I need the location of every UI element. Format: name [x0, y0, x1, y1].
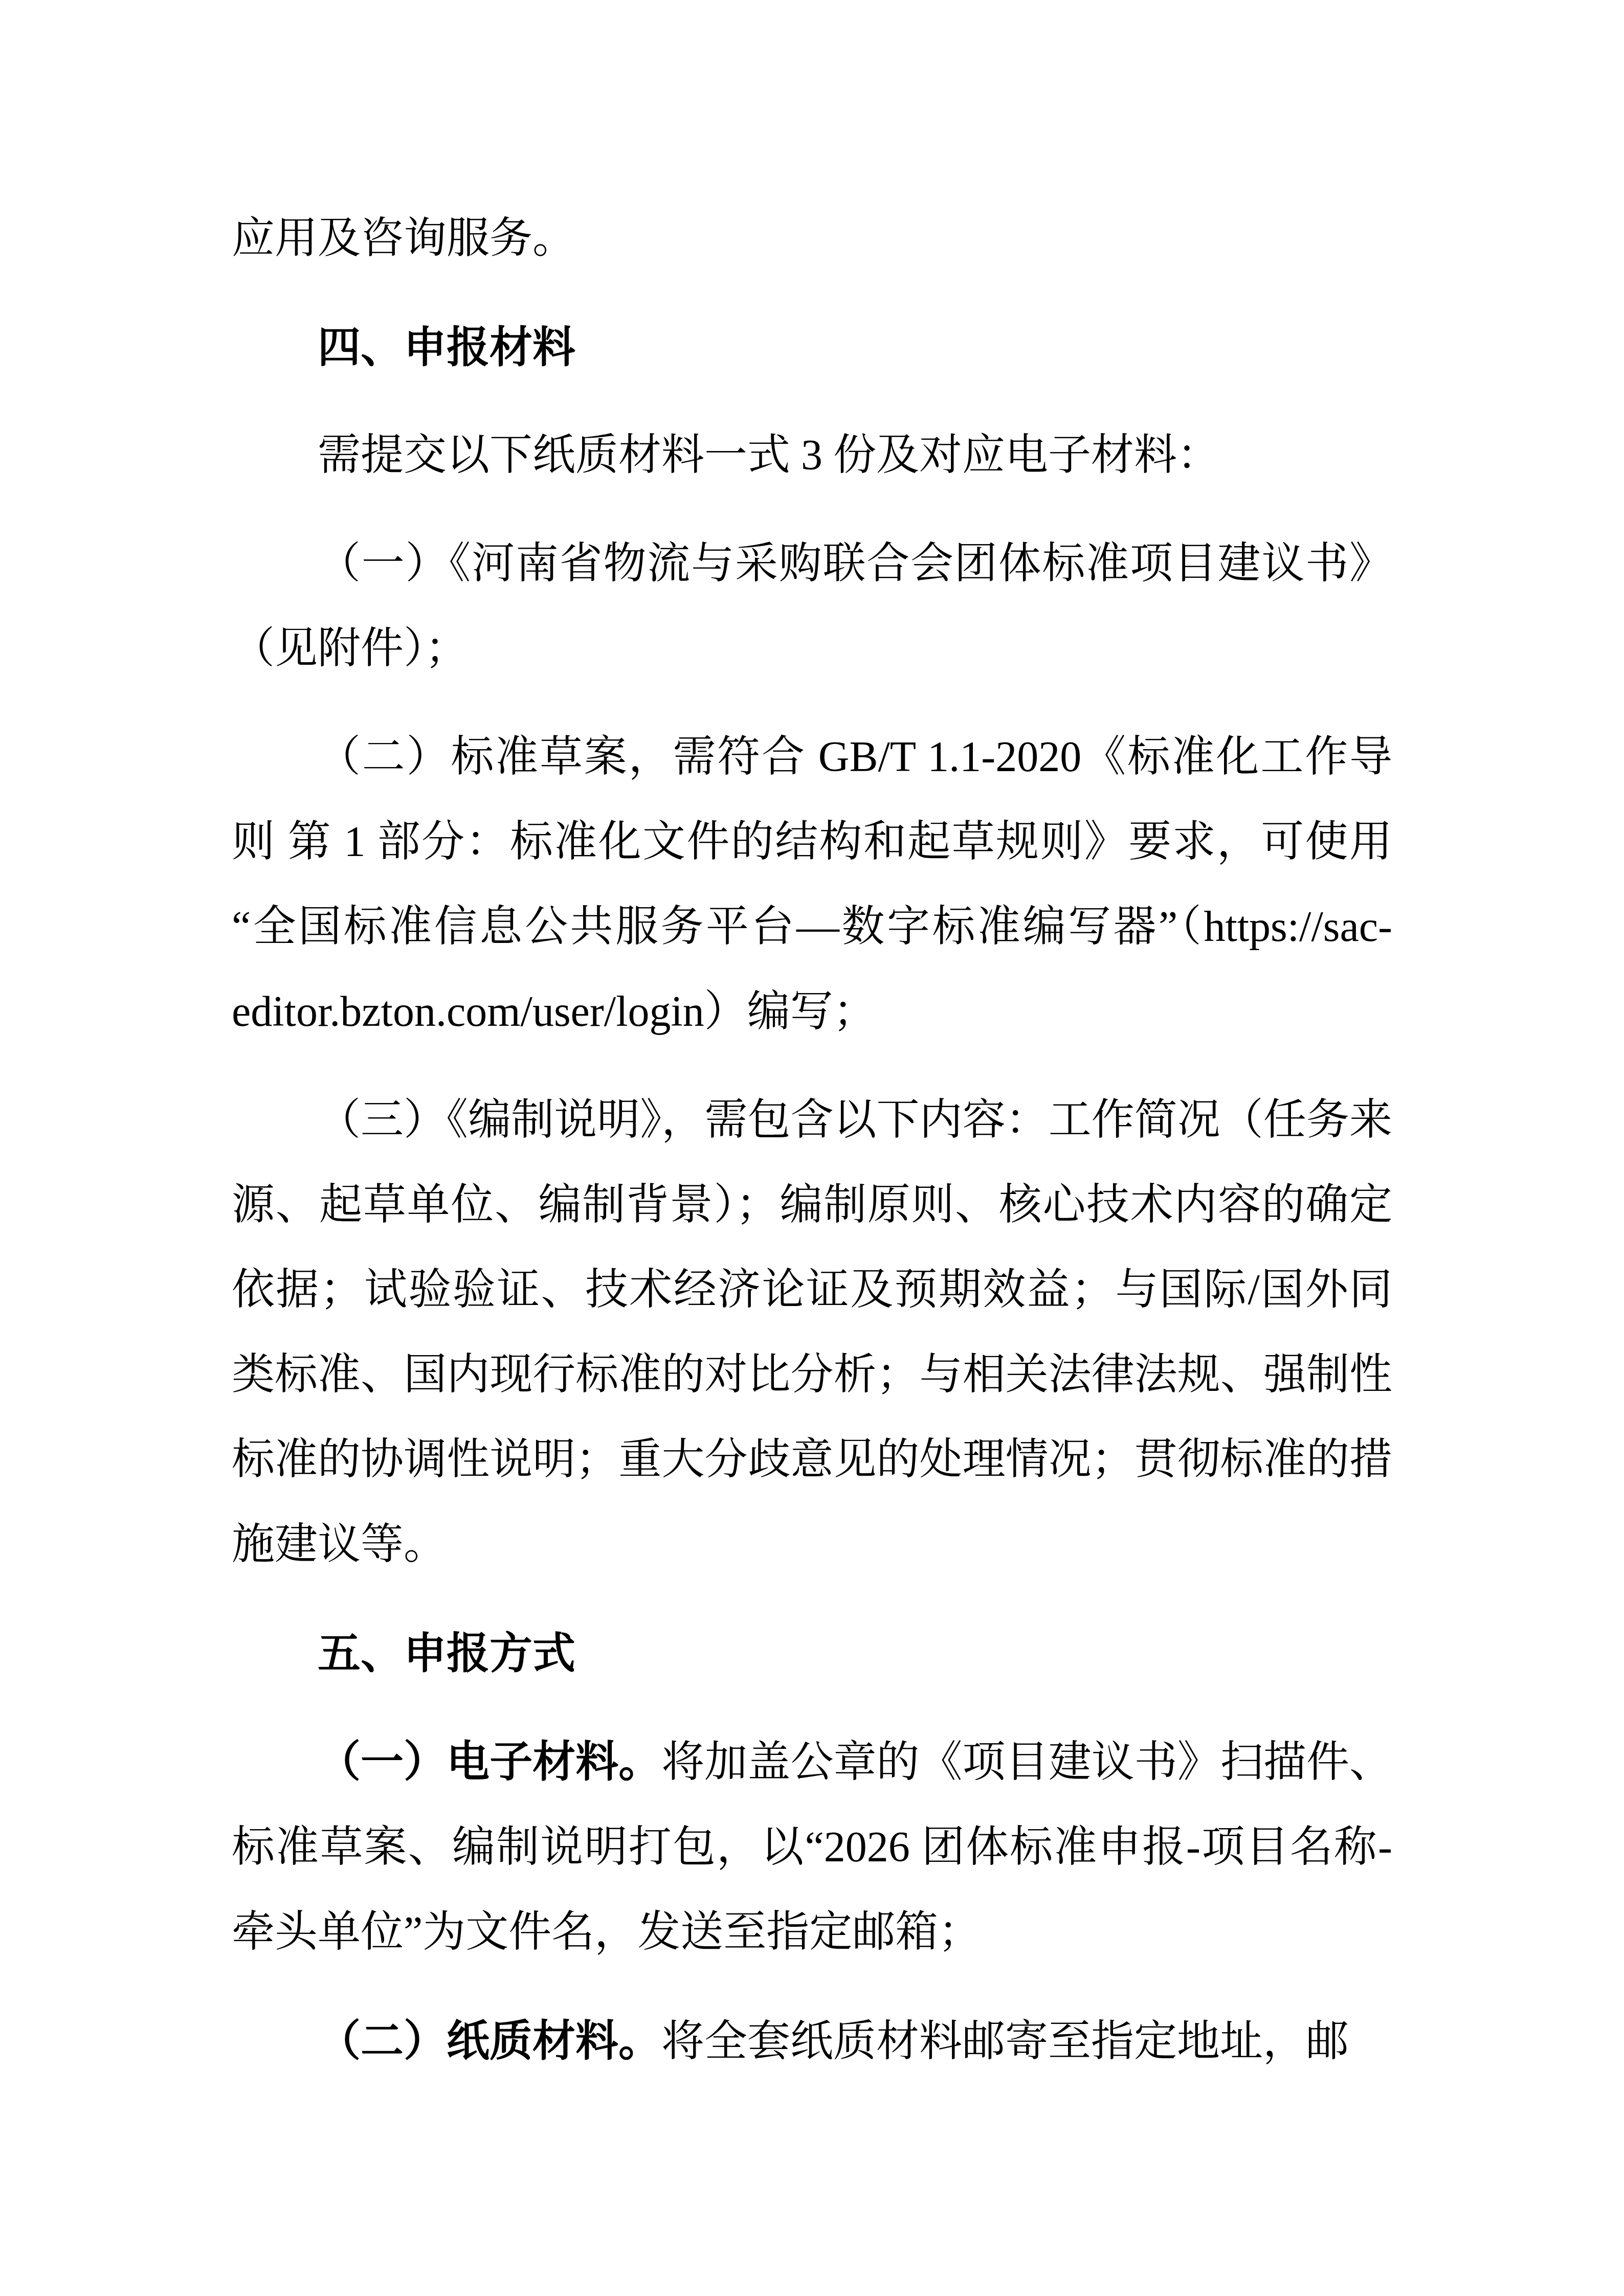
paragraph-method-item-1: （一）电子材料。将加盖公章的《项目建议书》扫描件、标准草案、编制说明打包，以“2… [232, 1719, 1392, 1975]
paragraph-continuation: 应用及咨询服务。 [232, 196, 1392, 281]
heading-section-4-application-materials: 四、申报材料 [232, 305, 1392, 390]
paragraph-materials-intro: 需提交以下纸质材料一式 3 份及对应电子材料： [232, 413, 1392, 498]
heading-section-5-application-method: 五、申报方式 [232, 1611, 1392, 1696]
paragraph-material-item-1: （一）《河南省物流与采购联合会团体标准项目建议书》（见附件）； [232, 522, 1392, 691]
method-item-2-lead-paper-materials: （二）纸质材料。 [318, 2016, 661, 2066]
method-item-2-text: 将全套纸质材料邮寄至指定地址，邮 [661, 2018, 1349, 2065]
paragraph-material-item-2: （二）标准草案，需符合 GB/T 1.1-2020《标准化工作导则 第 1 部分… [232, 715, 1392, 1054]
paragraph-method-item-2: （二）纸质材料。将全套纸质材料邮寄至指定地址，邮 [232, 1998, 1392, 2084]
page-content: 应用及咨询服务。 四、申报材料 需提交以下纸质材料一式 3 份及对应电子材料： … [0, 0, 1624, 2084]
method-item-1-lead-electronic-materials: （一）电子材料。 [318, 1737, 661, 1787]
paragraph-material-item-3: （三）《编制说明》，需包含以下内容：工作简况（任务来源、起草单位、编制背景）；编… [232, 1078, 1392, 1587]
material-item-2-text-after-url: ）编写； [704, 988, 876, 1036]
document-page: 应用及咨询服务。 四、申报材料 需提交以下纸质材料一式 3 份及对应电子材料： … [0, 0, 1624, 2296]
